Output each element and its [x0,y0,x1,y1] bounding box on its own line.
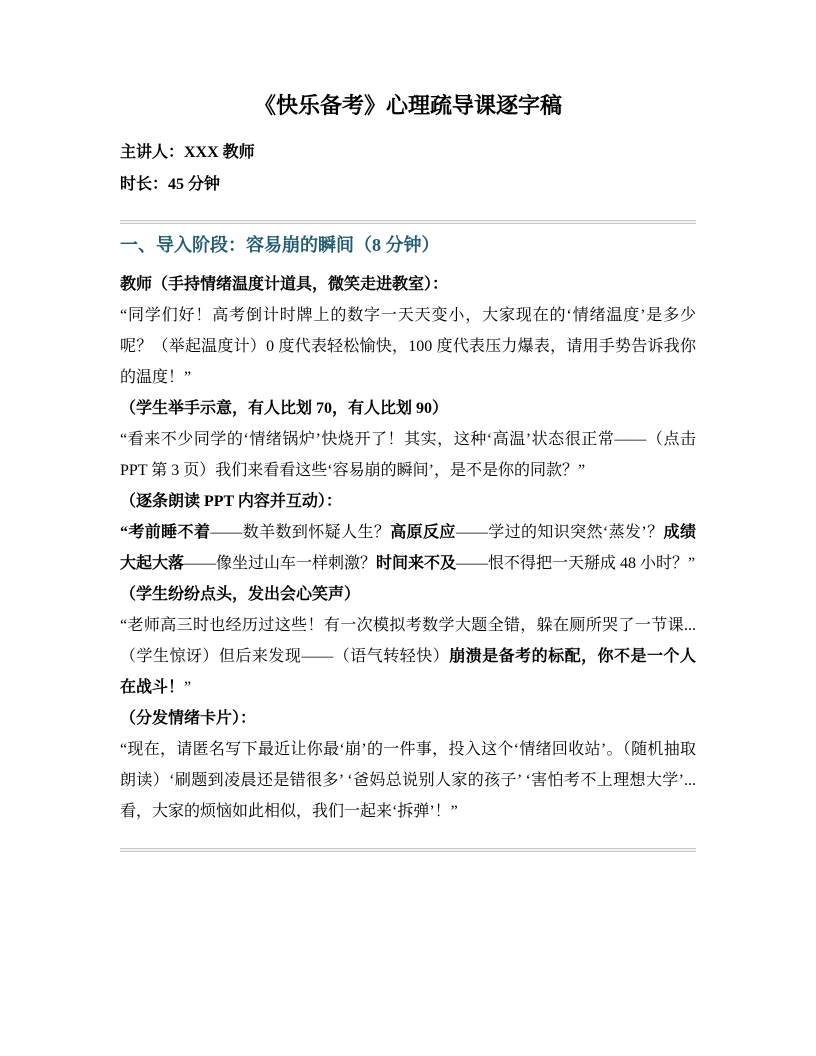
section-divider-top [120,220,696,224]
text-run: ——数羊数到怀疑人生？ [210,524,390,541]
stage-direction-students-gesture: （学生举手示意，有人比划 70，有人比划 90） [120,393,696,424]
dialogue-boiler: “看来不少同学的‘情绪锅炉’快烧开了！其实，这种‘高温’状态很正常——（点击 P… [120,424,696,486]
document-page: 《快乐备考》心理疏导课逐字稿 主讲人：XXX 教师 时长：45 分钟 一、导入阶… [0,0,816,1056]
section-heading: 一、导入阶段：容易崩的瞬间（8 分钟） [120,232,696,258]
speaker-line: 主讲人：XXX 教师 [120,137,696,169]
dialogue-emotion-recycle: “现在，请匿名写下最近让你最‘崩’的一件事，投入这个‘情绪回收站’。（随机抽取朗… [120,734,696,827]
document-title: 《快乐备考》心理疏导课逐字稿 [120,93,696,119]
stage-direction-read-ppt: （逐条朗读 PPT 内容并互动）： [120,486,696,517]
text-run-bold: “考前睡不着 [120,524,210,541]
text-run: ——恨不得把一天掰成 48 小时？” [456,555,695,572]
text-run-bold: 高原反应 [390,524,456,541]
text-run: ” [184,679,191,696]
text-run: ——学过的知识突然‘蒸发’？ [456,524,664,541]
dialogue-teacher-story: “老师高三时也经历过这些！有一次模拟考数学大题全错，躲在厕所哭了一节课...（学… [120,610,696,703]
stage-direction-students-nod: （学生纷纷点头，发出会心笑声） [120,579,696,610]
duration-line: 时长：45 分钟 [120,169,696,201]
text-run-bold: 时间来不及 [376,555,456,572]
stage-direction-teacher-enter: 教师（手持情绪温度计道具，微笑走进教室）： [120,269,696,300]
dialogue-ppt-items: “考前睡不着——数羊数到怀疑人生？高原反应——学过的知识突然‘蒸发’？成绩大起大… [120,517,696,579]
dialogue-greeting: “同学们好！高考倒计时牌上的数字一天天变小，大家现在的‘情绪温度’是多少呢？（举… [120,300,696,393]
section-divider-bottom [120,848,696,852]
text-run: ——像坐过山车一样刺激？ [184,555,376,572]
stage-direction-distribute-cards: （分发情绪卡片）： [120,703,696,734]
